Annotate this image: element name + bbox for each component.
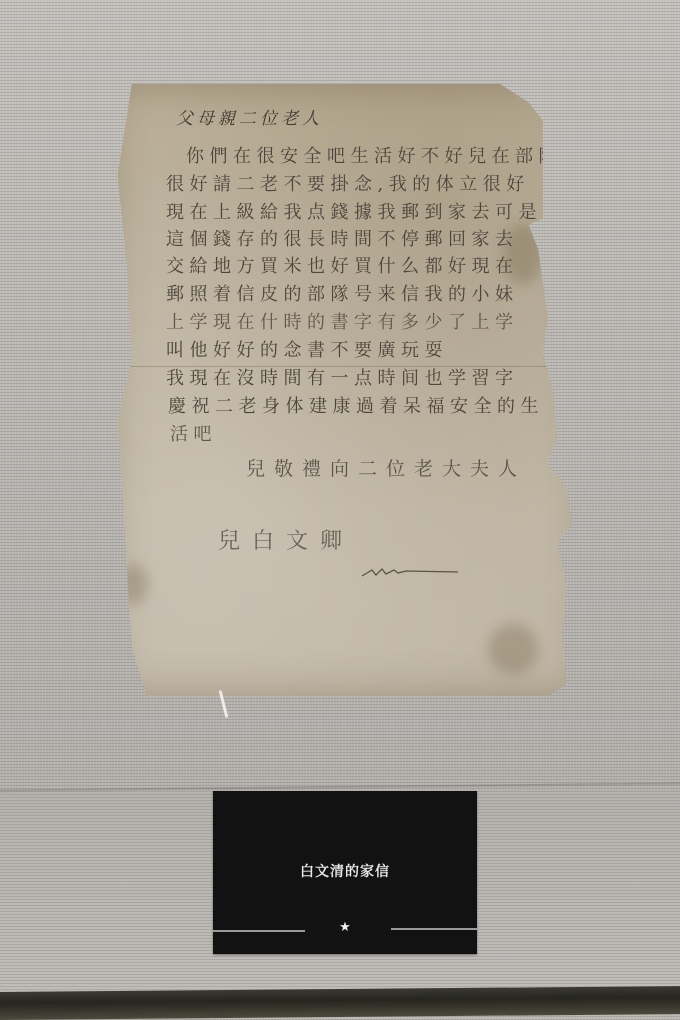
letter-closing: 兒敬禮向二位老大夫人: [246, 454, 526, 481]
letter-salutation: 父母親二位老人: [176, 104, 323, 129]
letter-line: 交給地方買米也好買什么都好現在: [166, 252, 519, 278]
star-icon: ★: [337, 920, 353, 936]
letter-line: 郵照着信皮的部隊号来信我的小妹: [166, 280, 519, 306]
letter-line: 現在上級給我点錢據我郵到家去可是: [166, 198, 542, 224]
letter-line: 叫他好好的念書不要廣玩耍: [166, 336, 448, 362]
letter-text: 父母親二位老人 你們在很安全吧生活好不好兒在部隊 很好請二老不要掛念,我的体立很…: [108, 84, 586, 696]
letter-paper: 父母親二位老人 你們在很安全吧生活好不好兒在部隊 很好請二老不要掛念,我的体立很…: [108, 84, 586, 696]
signature-scribble: [360, 566, 460, 578]
letter-line: 慶祝二老身体建康過着呆福安全的生: [168, 392, 544, 418]
placard-divider-left: [213, 930, 305, 932]
letter-line: 很好請二老不要掛念,我的体立很好: [166, 170, 530, 196]
letter-signature: 兒白文卿: [218, 524, 354, 555]
display-case-frame: [0, 986, 680, 1020]
placard-title: 白文清的家信: [213, 861, 477, 881]
letter-line: 你們在很安全吧生活好不好兒在部隊: [186, 142, 562, 168]
letter-line: 上学現在什時的書字有多少了上学: [166, 308, 519, 334]
letter-line: 活吧: [170, 420, 217, 446]
letter-line: 我現在沒時間有一点時间也学習字: [166, 364, 519, 390]
placard-divider-right: [391, 928, 477, 930]
caption-placard: 白文清的家信 ★: [213, 791, 477, 954]
letter-line: 這個錢存的很長時間不停郵回家去: [166, 225, 519, 251]
